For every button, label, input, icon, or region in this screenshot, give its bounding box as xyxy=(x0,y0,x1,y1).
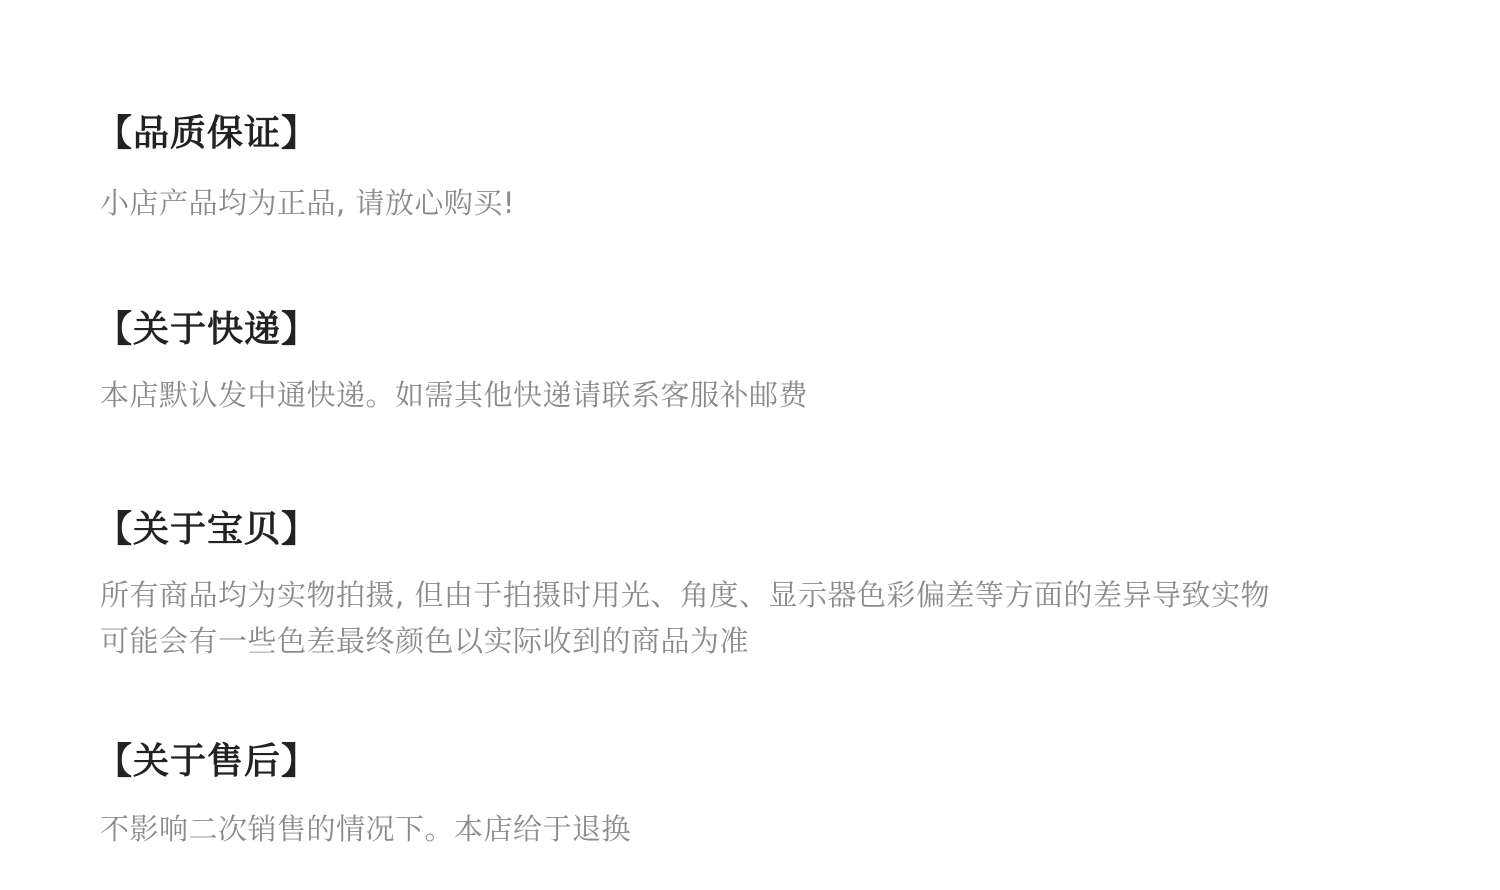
body-line: 所有商品均为实物拍摄, 但由于拍摄时用光、角度、显示器色彩偏差等方面的差异导致实… xyxy=(100,572,1416,618)
section-shipping: 【关于快递】 本店默认发中通快递。如需其他快递请联系客服补邮费 xyxy=(96,308,1416,418)
body-line: 可能会有一些色差最终颜色以实际收到的商品为准 xyxy=(100,618,1416,664)
section-product: 【关于宝贝】 所有商品均为实物拍摄, 但由于拍摄时用光、角度、显示器色彩偏差等方… xyxy=(96,508,1416,664)
section-heading: 【关于售后】 xyxy=(96,740,1416,784)
body-line: 不影响二次销售的情况下。本店给于退换 xyxy=(100,806,1416,852)
section-heading: 【关于宝贝】 xyxy=(96,508,1416,552)
section-after-sales: 【关于售后】 不影响二次销售的情况下。本店给于退换 xyxy=(96,740,1416,852)
section-heading: 【品质保证】 xyxy=(96,112,1416,156)
section-body: 不影响二次销售的情况下。本店给于退换 xyxy=(96,806,1416,852)
section-body: 所有商品均为实物拍摄, 但由于拍摄时用光、角度、显示器色彩偏差等方面的差异导致实… xyxy=(96,572,1416,664)
body-line: 小店产品均为正品, 请放心购买! xyxy=(100,180,1416,226)
section-quality-guarantee: 【品质保证】 小店产品均为正品, 请放心购买! xyxy=(96,112,1416,226)
section-body: 小店产品均为正品, 请放心购买! xyxy=(96,180,1416,226)
section-heading: 【关于快递】 xyxy=(96,308,1416,352)
body-line: 本店默认发中通快递。如需其他快递请联系客服补邮费 xyxy=(100,372,1416,418)
section-body: 本店默认发中通快递。如需其他快递请联系客服补邮费 xyxy=(96,372,1416,418)
